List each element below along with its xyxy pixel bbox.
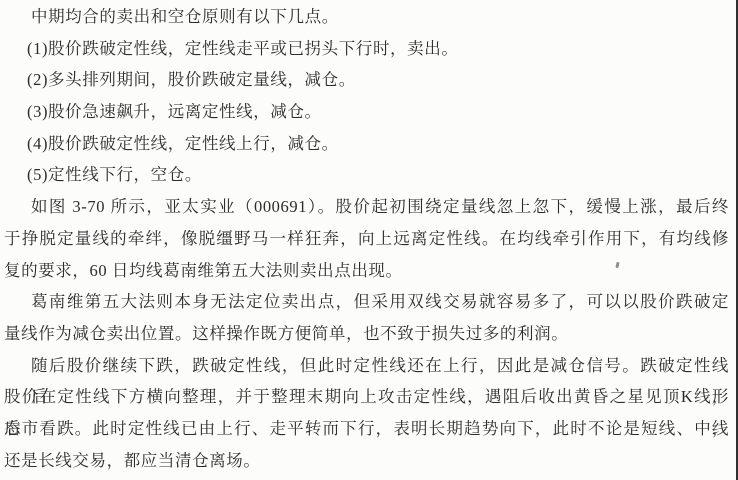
list-item-5: (5)定性线下行，空仓。 — [4, 159, 729, 191]
paragraph-example-line-2: 于挣脱定量线的牵绊，像脱缰野马一样狂奔，向上远离定性线。在均线牵引作用下，有均线… — [4, 223, 729, 255]
paragraph-intro-line: 中期均合的卖出和空仓原则有以下几点。 — [4, 1, 729, 33]
list-item-3: (3)股价急速飙升，远离定性线，减仓。 — [4, 96, 729, 128]
paragraph-granville-line-1: 葛南维第五大法则本身无法定位卖出点，但采用双线交易就容易多了，可以以股价跌破定 — [4, 286, 729, 318]
document-page: 中期均合的卖出和空仓原则有以下几点。 (1)股价跌破定性线，定性线走平或已拐头下… — [0, 0, 738, 480]
list-item-2: (2)多头排列期间，股价跌破定量线，减仓。 — [4, 64, 729, 96]
paragraph-followup-line-4: 还是长线交易，都应当清仓离场。 — [4, 445, 729, 477]
list-item-4: (4)股价跌破定性线，定性线上行，减仓。 — [4, 128, 729, 160]
paragraph-example-line-3: 复的要求，60 日均线葛南维第五大法则卖出点出现。 — [4, 255, 729, 287]
body-text: 中期均合的卖出和空仓原则有以下几点。 (1)股价跌破定性线，定性线走平或已拐头下… — [4, 1, 729, 476]
paragraph-example-line-1: 如图 3-70 所示，亚太实业（000691）。股价起初围绕定量线忽上忽下，缓慢… — [4, 191, 729, 223]
list-item-1: (1)股价跌破定性线，定性线走平或已拐头下行时，卖出。 — [4, 33, 729, 65]
paragraph-granville-line-2: 量线作为减仓卖出位置。这样操作既方便简单，也不致于损失过多的利润。 — [4, 318, 729, 350]
paragraph-followup-line-1: 随后股价继续下跌，跌破定性线，但此时定性线还在上行，因此是减仓信号。跌破定性线后… — [4, 350, 729, 382]
paragraph-followup-line-3: 后市看跌。此时定性线已由上行、走平转而下行，表明长期趋势向下，此时不论是短线、中… — [4, 413, 729, 445]
paragraph-followup-line-2: 股价在定性线下方横向整理，并于整理末期向上攻击定性线，遇阻后收出黄昏之星见顶K线… — [4, 381, 729, 413]
